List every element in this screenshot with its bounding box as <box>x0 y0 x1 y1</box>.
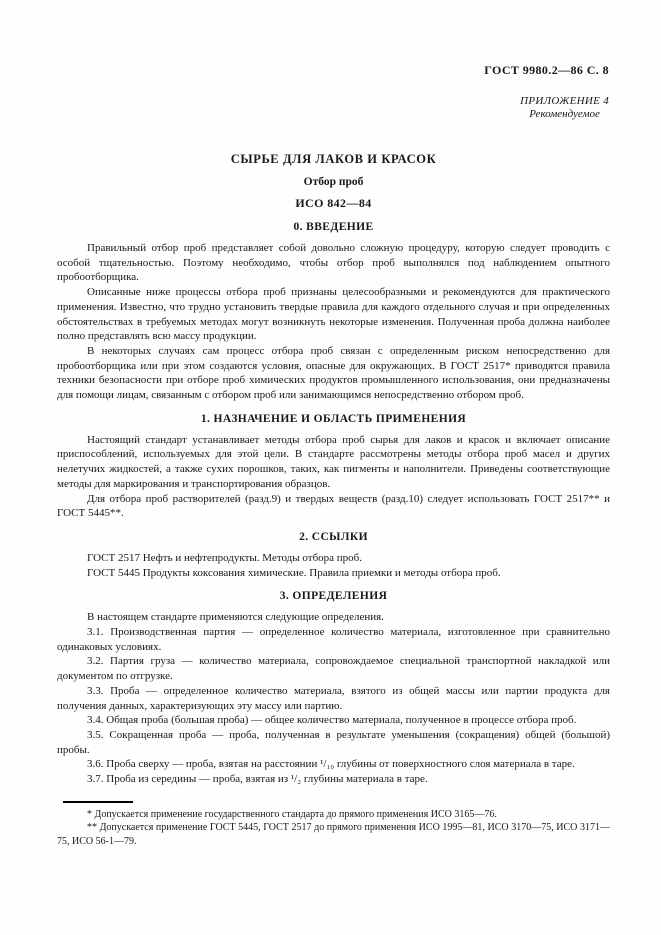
definition-item: 3.6. Проба сверху — проба, взятая на рас… <box>57 757 610 772</box>
annex-note: Рекомендуемое <box>520 108 609 121</box>
reference-item: ГОСТ 5445 Продукты коксования химические… <box>57 566 610 581</box>
document-page: ГОСТ 9980.2—86 С. 8 ПРИЛОЖЕНИЕ 4 Рекомен… <box>0 0 661 935</box>
section-heading-definitions: 3. ОПРЕДЕЛЕНИЯ <box>57 590 610 602</box>
definition-item: 3.2. Партия груза — количество материала… <box>57 654 610 683</box>
paragraph: Настоящий стандарт устанавливает методы … <box>57 433 610 492</box>
annex-label: ПРИЛОЖЕНИЕ 4 <box>520 95 609 108</box>
annex-block: ПРИЛОЖЕНИЕ 4 Рекомендуемое <box>520 95 609 121</box>
paragraph: Для отбора проб растворителей (разд.9) и… <box>57 492 610 521</box>
standard-number: ИСО 842—84 <box>57 196 610 211</box>
section-heading-references: 2. ССЫЛКИ <box>57 531 610 543</box>
running-header: ГОСТ 9980.2—86 С. 8 <box>484 63 609 78</box>
footnotes: * Допускается применение государственног… <box>57 801 610 849</box>
footnote-rule <box>63 801 133 803</box>
definition-item: 3.7. Проба из середины — проба, взятая и… <box>57 772 610 787</box>
paragraph: В некоторых случаях сам процесс отбора п… <box>57 344 610 403</box>
section-heading-scope: 1. НАЗНАЧЕНИЕ И ОБЛАСТЬ ПРИМЕНЕНИЯ <box>57 413 610 425</box>
section-heading-introduction: 0. ВВЕДЕНИЕ <box>57 221 610 233</box>
footnote-item: * Допускается применение государственног… <box>57 808 610 822</box>
reference-item: ГОСТ 2517 Нефть и нефтепродукты. Методы … <box>57 551 610 566</box>
paragraph: Правильный отбор проб представляет собой… <box>57 241 610 285</box>
definition-item: 3.4. Общая проба (большая проба) — общее… <box>57 713 610 728</box>
document-body: СЫРЬЕ ДЛЯ ЛАКОВ И КРАСОК Отбор проб ИСО … <box>57 152 610 848</box>
definition-item: 3.3. Проба — определенное количество мат… <box>57 684 610 713</box>
paragraph: Описанные ниже процессы отбора проб приз… <box>57 285 610 344</box>
document-subtitle: Отбор проб <box>57 176 610 188</box>
footnote-item: ** Допускается применение ГОСТ 5445, ГОС… <box>57 821 610 848</box>
definition-item: 3.1. Производственная партия — определен… <box>57 625 610 654</box>
paragraph: В настоящем стандарте применяются следую… <box>57 610 610 625</box>
document-title: СЫРЬЕ ДЛЯ ЛАКОВ И КРАСОК <box>57 152 610 167</box>
definition-item: 3.5. Сокращенная проба — проба, полученн… <box>57 728 610 757</box>
